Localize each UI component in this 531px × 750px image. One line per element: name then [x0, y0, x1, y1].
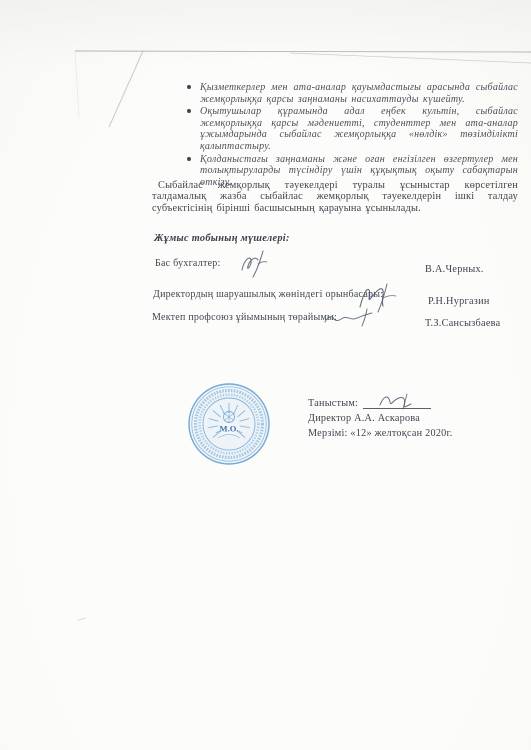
signature-scribble-askarova: [376, 391, 416, 411]
stamp-center-text: М.О.: [220, 424, 239, 434]
acknowledged-label: Таныстым:: [308, 398, 358, 409]
signatory-name: В.А.Черных.: [425, 264, 484, 275]
list-item: Оқытушылар құрамында адал еңбек культін,…: [186, 106, 518, 152]
recommendations-list: Қызметкерлер мен ата-аналар қауымдастығы…: [186, 82, 518, 189]
summary-paragraph-text: Сыбайлас жемқорлық тәуекелдері туралы ұс…: [152, 180, 518, 214]
signatory-role: Бас бухгалтер:: [155, 258, 221, 269]
director-line: Директор А.А. Аскарова: [308, 412, 498, 427]
acknowledged-line: Таныстым:: [308, 397, 498, 412]
list-item-text: Қызметкерлер мен ата-аналар қауымдастығы…: [200, 82, 518, 105]
signature-scribble-sansyzbayeva: [322, 307, 380, 331]
bullet-icon: [187, 85, 191, 89]
signatory-role: Директордың шаруашылық жөніндегі орынбас…: [153, 289, 383, 300]
signatory-name: Т.З.Сансызбаева: [425, 318, 500, 329]
bullet-icon: [187, 109, 191, 113]
list-item: Қызметкерлер мен ата-аналар қауымдастығы…: [186, 82, 518, 105]
summary-paragraph: Сыбайлас жемқорлық тәуекелдері туралы ұс…: [152, 180, 518, 214]
working-group-heading: Жұмыс тобының мүшелері:: [154, 233, 290, 244]
signatory-role: Мектеп профсоюз ұйымының төрайымы:: [152, 312, 337, 323]
official-stamp: М.О.: [186, 381, 272, 467]
scanned-document-page: Қызметкерлер мен ата-аналар қауымдастығы…: [0, 0, 531, 750]
signature-scribble-chernykh: [236, 246, 278, 282]
date-line: Мерзімі: «12» желтоқсан 2020г.: [308, 427, 498, 442]
signatory-name: Р.Н.Нургазин: [428, 296, 490, 307]
stamp-seal-icon: М.О.: [186, 381, 272, 467]
list-item-text: Оқытушылар құрамында адал еңбек культін,…: [200, 106, 518, 152]
bullet-icon: [187, 157, 191, 161]
approval-block: Таныстым: Директор А.А. Аскарова Мерзімі…: [308, 397, 498, 441]
